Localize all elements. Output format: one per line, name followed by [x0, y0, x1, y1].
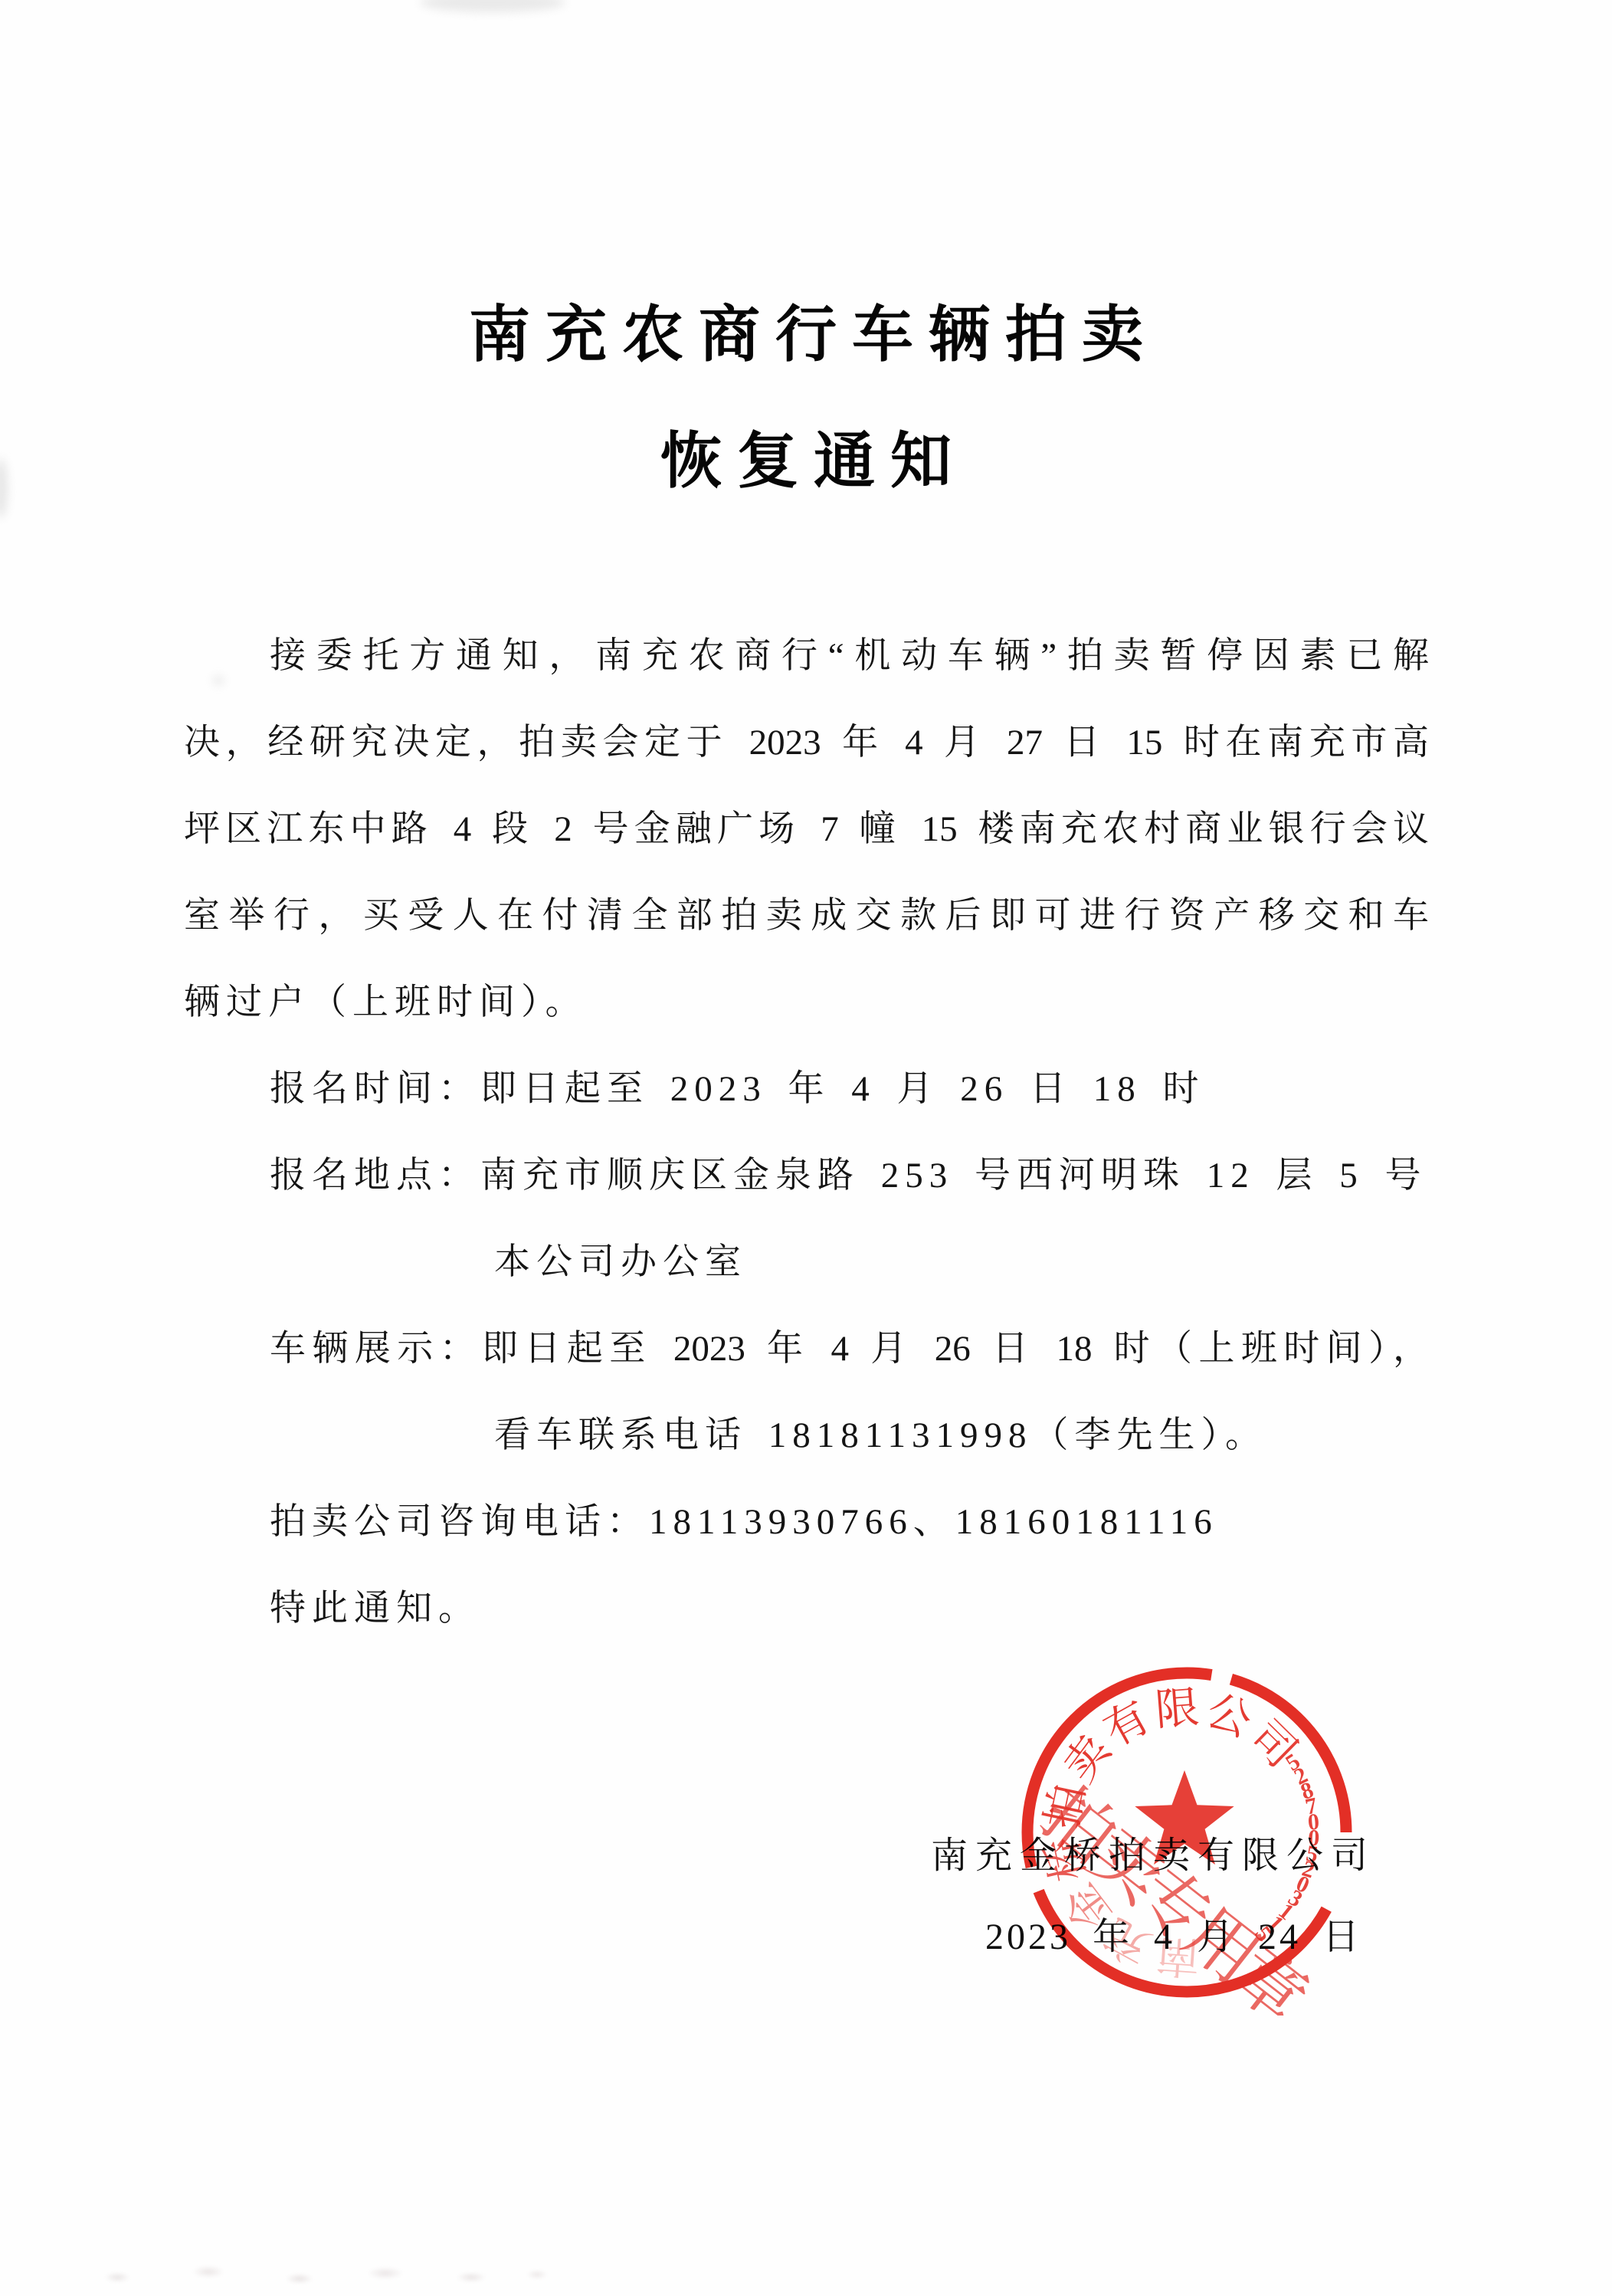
document-title-line2: 恢复通知	[0, 426, 1612, 497]
body-line-office: 本公司办公室	[184, 1219, 1429, 1306]
body-line-vehicle-display: 车辆展示：即日起至 2023 年 4 月 26 日 18 时（上班时间），	[184, 1306, 1429, 1392]
document-title-line1: 南充农商行车辆拍卖	[0, 300, 1612, 370]
document-body: 接委托方通知，南充农商行“机动车辆”拍卖暂停因素已解 决，经研究决定，拍卖会定于…	[184, 613, 1429, 1652]
body-line-registration-time: 报名时间：即日起至 2023 年 4 月 26 日 18 时	[184, 1046, 1429, 1133]
company-seal-graphic: 南充金桥拍卖有限公司 5113025007825 拍卖专用章	[1017, 1663, 1358, 2016]
scan-artifact	[420, 0, 565, 12]
seal-glyph: 限	[1153, 1684, 1201, 1735]
seal-serial-number: 5113025007825	[1250, 1749, 1320, 1947]
body-line-notice-closing: 特此通知。	[184, 1566, 1429, 1652]
body-line: 接委托方通知，南充农商行“机动车辆”拍卖暂停因素已解	[184, 613, 1429, 700]
body-line: 坪区江东中路 4 段 2 号金融广场 7 幢 15 楼南充农村商业银行会议	[184, 786, 1429, 873]
scan-artifact	[213, 676, 224, 685]
scan-artifact	[57, 2261, 562, 2288]
body-line-inquiry-phone: 拍卖公司咨询电话：18113930766、18160181116	[184, 1479, 1429, 1566]
body-line: 室举行，买受人在付清全部拍卖成交款后即可进行资产移交和车	[184, 873, 1429, 959]
company-seal-stamp: 南充金桥拍卖有限公司 5113025007825 拍卖专用章	[1017, 1663, 1358, 2016]
body-line: 辆过户（上班时间）。	[184, 959, 1429, 1046]
body-line-contact-phone: 看车联系电话 18181131998（李先生）。	[184, 1392, 1429, 1479]
document-page: 南充农商行车辆拍卖 恢复通知 接委托方通知，南充农商行“机动车辆”拍卖暂停因素已…	[0, 0, 1612, 2296]
body-line: 决，经研究决定，拍卖会定于 2023 年 4 月 27 日 15 时在南充市高	[184, 700, 1429, 786]
body-line-registration-place: 报名地点：南充市顺庆区金泉路 253 号西河明珠 12 层 5 号	[184, 1133, 1429, 1219]
